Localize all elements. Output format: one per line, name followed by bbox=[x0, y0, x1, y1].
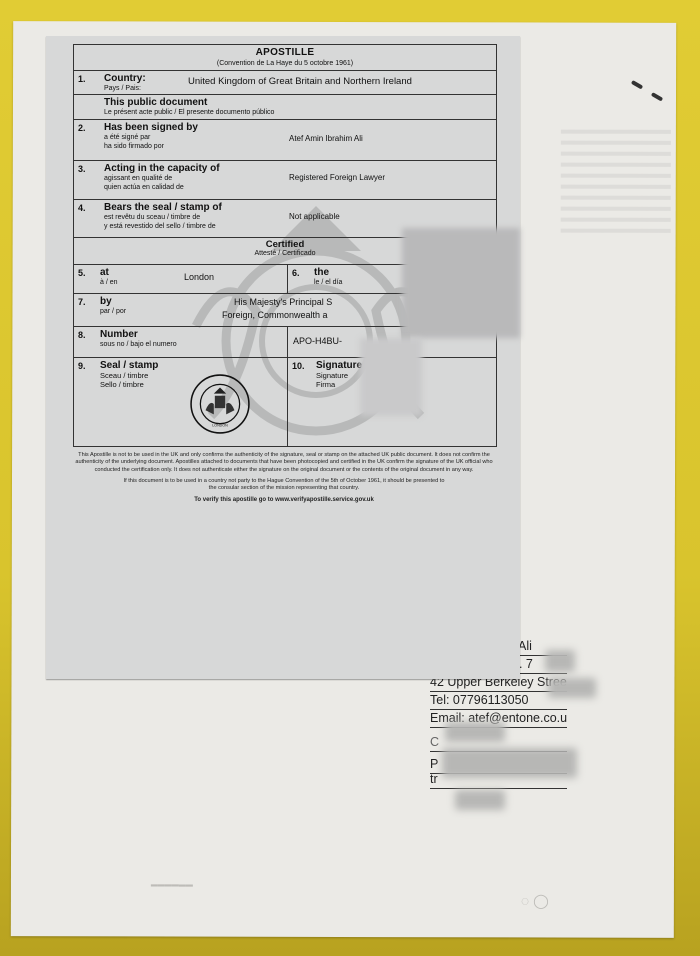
field-label: the bbox=[314, 267, 342, 278]
field-label: Signature bbox=[316, 360, 362, 371]
apostille-notes: This Apostille is not to be used in the … bbox=[73, 452, 495, 505]
redacted-region bbox=[402, 228, 520, 338]
field-sublabel: à / en bbox=[100, 278, 118, 287]
field-sublabel: y está revestido del sello / timbre de bbox=[104, 222, 222, 231]
signer-value: Atef Amin Ibrahim Ali bbox=[289, 134, 363, 143]
field-sublabel: Sceau / timbre bbox=[100, 371, 158, 380]
country-value: United Kingdom of Great Britain and Nort… bbox=[188, 76, 412, 87]
field-label: by bbox=[100, 296, 126, 307]
field-sublabel: agissant en qualité de bbox=[104, 174, 220, 183]
apostille-title: APOSTILLE bbox=[74, 47, 496, 58]
field-sublabel: le / el día bbox=[314, 278, 342, 287]
official-seal-stamp: LONDON bbox=[189, 373, 251, 435]
field-number: 8. bbox=[78, 330, 86, 340]
field-row-9-10: 9. Seal / stampSceau / timbreSello / tim… bbox=[74, 358, 496, 446]
field-label: Bears the seal / stamp of bbox=[104, 202, 222, 213]
faint-footer-logo: ◌ ◯ bbox=[521, 892, 549, 909]
field-country: 1. Country:Pays / Pais: United Kingdom o… bbox=[74, 71, 496, 95]
field-label: This public document bbox=[104, 97, 274, 108]
field-number: 7. bbox=[78, 297, 86, 307]
field-number: 2. bbox=[78, 123, 86, 133]
apostille-certificate: APOSTILLE (Convention de La Haye du 5 oc… bbox=[46, 36, 520, 679]
field-label: at bbox=[100, 267, 118, 278]
faint-footer-text: ▬▬▬▬▬▬ bbox=[151, 881, 193, 888]
field-label: Acting in the capacity of bbox=[104, 163, 220, 174]
authority-value-line1: His Majesty's Principal S bbox=[234, 297, 332, 307]
field-sublabel: quien actúa en calidad de bbox=[104, 183, 220, 192]
disclaimer-text: This Apostille is not to be used in the … bbox=[73, 452, 495, 474]
field-sublabel: sous no / bajo el numero bbox=[100, 340, 177, 349]
capacity-value: Registered Foreign Lawyer bbox=[289, 173, 385, 182]
field-public-document: This public documentLe présent acte publ… bbox=[74, 95, 496, 120]
field-sublabel: Firma bbox=[316, 380, 362, 389]
apostille-subtitle: (Convention de La Haye du 5 octobre 1961… bbox=[74, 60, 496, 67]
field-label: Number bbox=[100, 329, 177, 340]
letter-tel: Tel: 07796113050 bbox=[430, 692, 567, 710]
faint-background-text bbox=[561, 123, 671, 240]
field-number: 3. bbox=[78, 164, 86, 174]
apostille-number-value: APO-H4BU- bbox=[293, 336, 342, 346]
place-value: London bbox=[184, 272, 214, 282]
field-number: 5. bbox=[78, 268, 86, 278]
field-sublabel: Le présent acte public / El presente doc… bbox=[104, 108, 274, 117]
redacted-region bbox=[545, 650, 575, 672]
verify-link-text[interactable]: To verify this apostille go to www.verif… bbox=[73, 497, 495, 504]
field-number: 9. bbox=[78, 361, 86, 371]
field-sublabel: Pays / Pais: bbox=[104, 84, 146, 93]
hague-notice-text: If this document is to be used in a coun… bbox=[73, 478, 495, 493]
field-label: Has been signed by bbox=[104, 122, 198, 133]
field-number: 1. bbox=[78, 74, 86, 84]
seal-of-value: Not applicable bbox=[289, 212, 340, 221]
field-sublabel: Sello / timbre bbox=[100, 380, 158, 389]
field-label: Country: bbox=[104, 73, 146, 84]
apostille-header: APOSTILLE (Convention de La Haye du 5 oc… bbox=[74, 45, 496, 71]
field-sublabel: a été signé par bbox=[104, 133, 198, 142]
redacted-region bbox=[548, 678, 596, 698]
redacted-region bbox=[455, 790, 505, 810]
field-number: 10. bbox=[292, 361, 305, 371]
svg-text:LONDON: LONDON bbox=[212, 424, 228, 428]
redacted-region bbox=[442, 748, 577, 778]
staple-mark bbox=[651, 92, 663, 101]
authority-value-line2: Foreign, Commonwealth a bbox=[222, 310, 328, 320]
field-sublabel: ha sido firmado por bbox=[104, 142, 198, 151]
redacted-region bbox=[360, 338, 422, 416]
staple-mark bbox=[631, 80, 643, 89]
field-number: 6. bbox=[292, 268, 300, 278]
field-number: 4. bbox=[78, 203, 86, 213]
field-sublabel: par / por bbox=[100, 307, 126, 316]
field-signed-by: 2. Has been signed bya été signé parha s… bbox=[74, 120, 496, 161]
field-sublabel: Signature bbox=[316, 371, 362, 380]
field-capacity: 3. Acting in the capacity ofagissant en … bbox=[74, 161, 496, 200]
field-label: Seal / stamp bbox=[100, 360, 158, 371]
redacted-region bbox=[445, 722, 505, 742]
field-sublabel: est revêtu du sceau / timbre de bbox=[104, 213, 222, 222]
